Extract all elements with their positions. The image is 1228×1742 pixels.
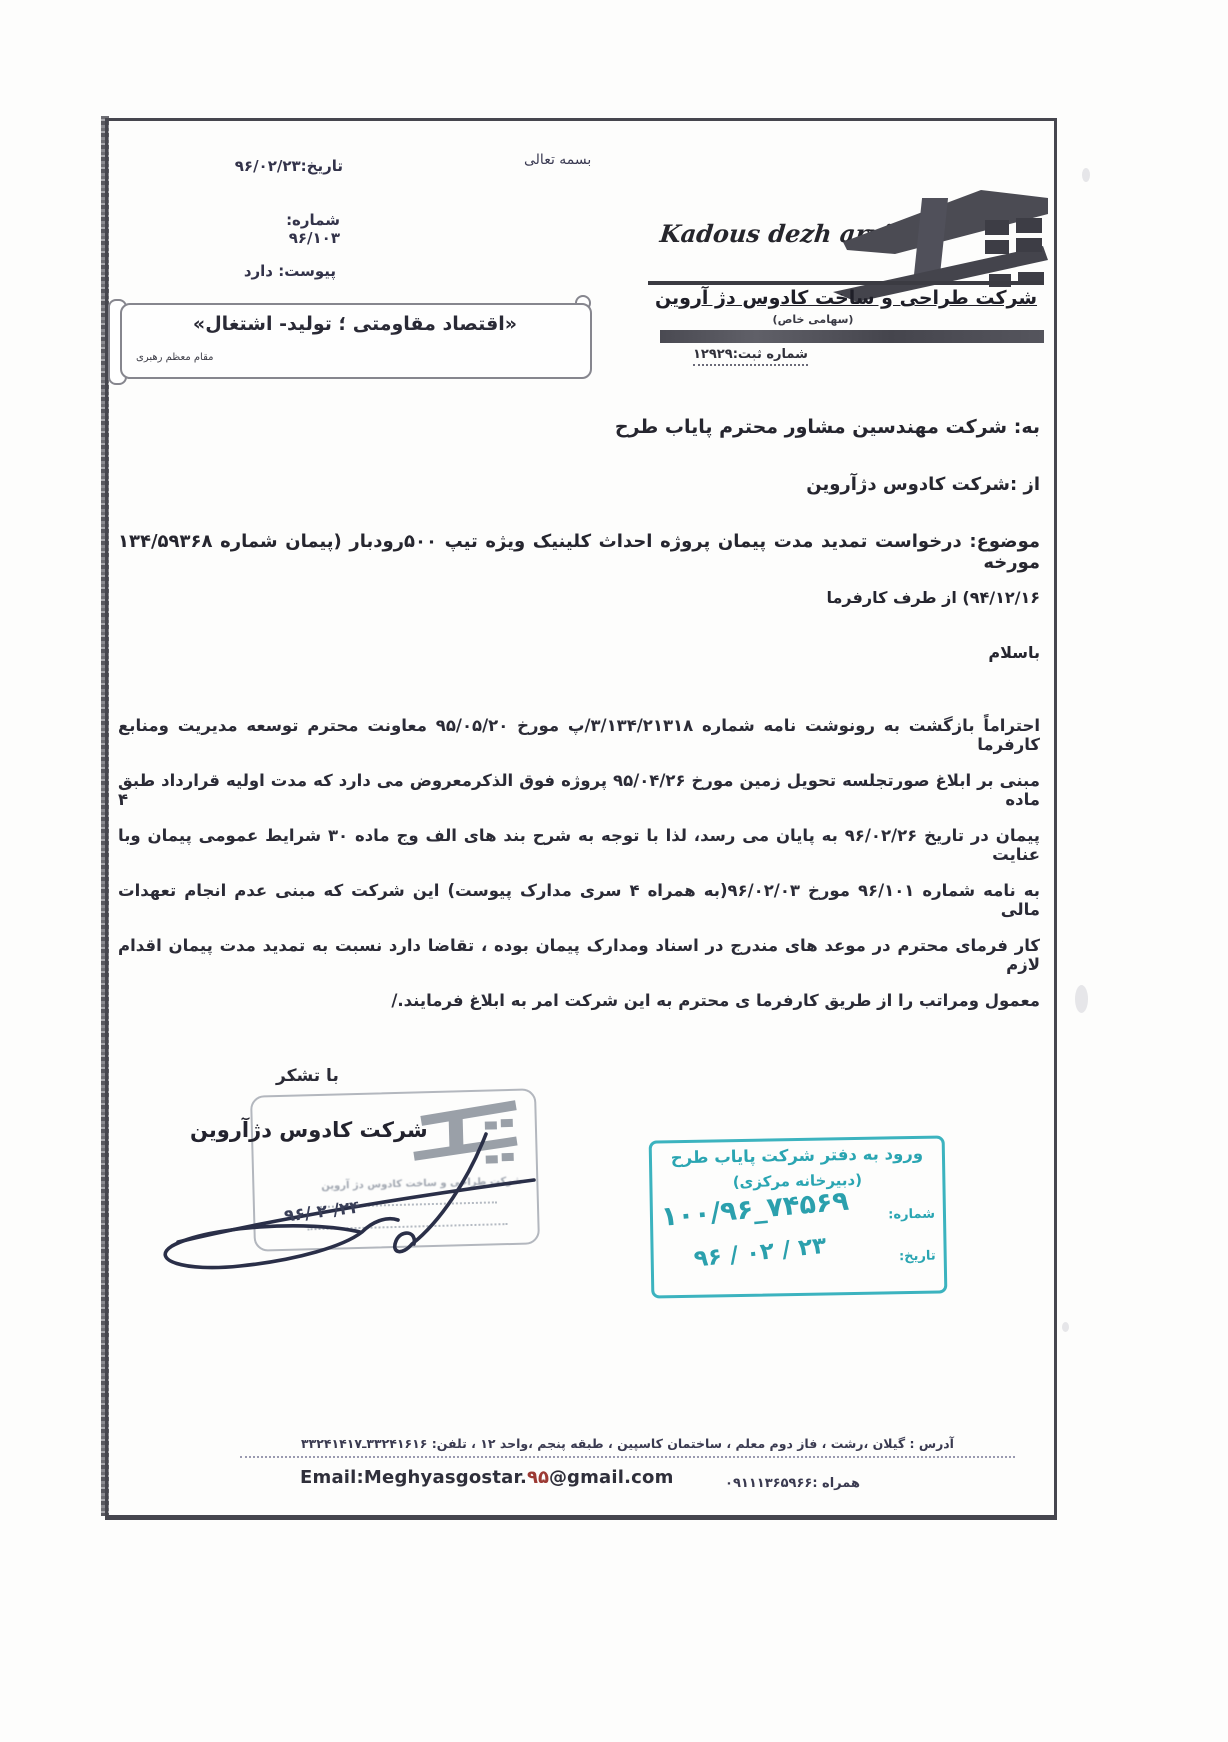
subject-line-2: ۹۴/۱۲/۱۶) از طرف کارفرما <box>118 588 1040 607</box>
letter-to-line: به: شرکت مهندسین مشاور محترم پایاب طرح <box>118 416 1040 438</box>
email-number: ۹۵ <box>527 1467 549 1488</box>
email-prefix: Email:Meghyasgostar. <box>300 1467 527 1488</box>
footer-address: آدرس : گیلان ،رشت ، فاز دوم معلم ، ساختم… <box>240 1436 1015 1458</box>
receipt-date-label: تاریخ: <box>899 1249 936 1265</box>
date-field: تاریخ:۹۶/۰۲/۲۳ <box>228 157 343 175</box>
company-name: شرکت طراحی و ساخت کادوس دژ آروین <box>648 287 1044 309</box>
handwritten-signature <box>148 1122 548 1272</box>
letterhead-bar <box>660 330 1044 343</box>
letter-from-line: از :شرکت کادوس دژآروین <box>118 474 1040 495</box>
thanks-note: با تشکر <box>276 1066 339 1086</box>
receipt-stamp: ورود به دفتر شرکت پایاب طرح (دبیرخانه مر… <box>649 1135 948 1298</box>
registration-number: شماره ثبت:۱۲۹۲۹ <box>693 347 808 366</box>
receipt-stamp-title: ورود به دفتر شرکت پایاب طرح <box>652 1143 942 1167</box>
slogan-text: «اقتصاد مقاومتی ؛ تولید- اشتغال» <box>130 313 580 335</box>
footer-mobile: همراه :۰۹۱۱۱۳۶۵۹۶۶ <box>650 1476 860 1491</box>
body-line: مبنی بر ابلاغ صورتجلسه تحویل زمین مورخ ۹… <box>118 771 1040 809</box>
body-line: معمول ومراتب را از طریق کارفرما ی محترم … <box>118 991 1040 1010</box>
body-line: به نامه شماره ۹۶/۱۰۱ مورخ ۹۶/۰۲/۰۳(به هم… <box>118 881 1040 919</box>
slogan-attribution: مقام معظم رهبری <box>136 352 214 363</box>
number-field: شماره: ۹۶/۱۰۳ <box>230 211 340 247</box>
attachment-field: پیوست: دارد <box>236 262 336 280</box>
scan-artifact <box>1082 168 1090 182</box>
receipt-number-label: شماره: <box>888 1207 935 1223</box>
body-line: کار فرمای محترم در موعد های مندرج در اسن… <box>118 936 1040 974</box>
salutation: باسلام <box>118 643 1040 662</box>
letterhead-rule <box>648 281 1044 285</box>
scan-artifact <box>1075 985 1088 1013</box>
bismillah-text: بسمه تعالی <box>524 152 591 168</box>
scanned-letter-page: تاریخ:۹۶/۰۲/۲۳ شماره: ۹۶/۱۰۳ پیوست: دارد… <box>0 0 1228 1742</box>
body-line: احتراماً بازگشت به رونوشت نامه شماره ۳/۱… <box>118 716 1040 754</box>
body-line: پیمان در تاریخ ۹۶/۰۲/۲۶ به پایان می رسد،… <box>118 826 1040 864</box>
subject-line-1: موضوع: درخواست تمدید مدت پیمان پروژه احد… <box>118 531 1040 573</box>
receipt-number-value: ۱۰۰/۹۶_۷۴۵۶۹ <box>660 1186 850 1233</box>
scan-artifact <box>1062 1322 1069 1332</box>
footer-email: Email:Meghyasgostar.۹۵@gmail.com <box>300 1467 674 1488</box>
company-type: (سهامی خاص) <box>648 313 978 326</box>
receipt-date-value: ۹۶ / ۰۲ / ۲۳ <box>693 1233 828 1273</box>
